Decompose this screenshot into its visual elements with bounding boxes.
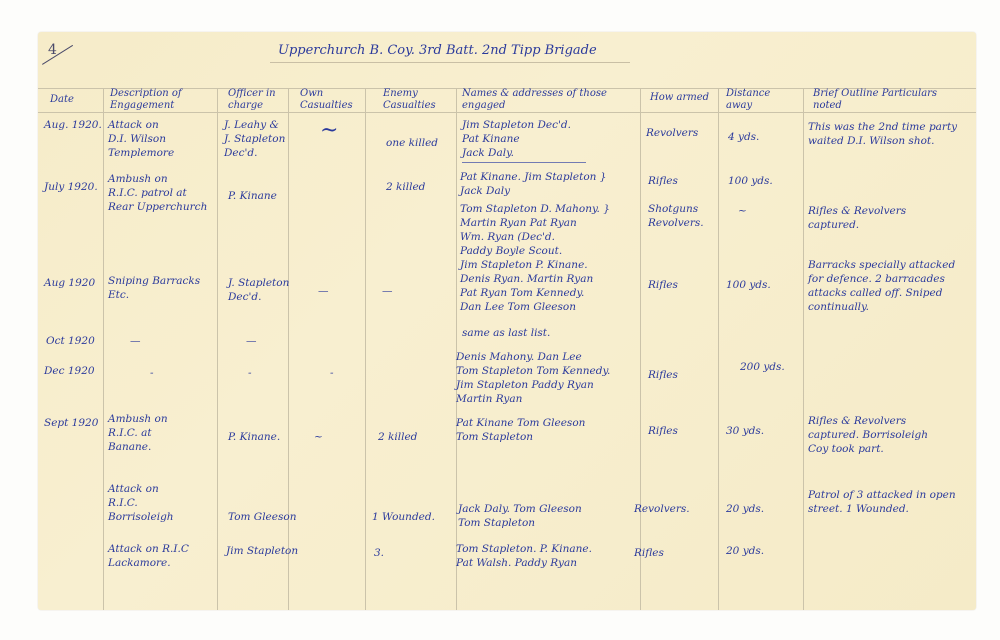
- row-7-armed: Revolvers.: [634, 502, 690, 516]
- row-0-armed: Revolvers: [646, 126, 698, 140]
- row-5-own-casualties: -: [330, 366, 334, 380]
- row-5-distance: 200 yds.: [740, 360, 785, 374]
- row-6-date: Sept 1920: [44, 416, 98, 430]
- row-0-own-casualties: ~: [320, 124, 338, 138]
- row-5-description: -: [150, 366, 154, 380]
- row-8-description: Attack on R.I.C Lackamore.: [108, 542, 189, 570]
- header-officer: Officer in charge: [228, 88, 286, 112]
- row-0-officer: J. Leahy & J. Stapleton Dec'd.: [224, 118, 285, 160]
- row-5-officer: -: [248, 366, 252, 380]
- row-1-description: Ambush on R.I.C. patrol at Rear Upperchu…: [108, 172, 207, 214]
- row-3-armed: Rifles: [648, 278, 678, 292]
- row-5-armed: Rifles: [648, 368, 678, 382]
- row-6-armed: Rifles: [648, 424, 678, 438]
- row-8-distance: 20 yds.: [726, 544, 764, 558]
- row-0-names: Jim Stapleton Dec'd. Pat Kinane Jack Dal…: [462, 118, 571, 160]
- row-7-officer: Tom Gleeson: [228, 510, 296, 524]
- names-divider: [462, 162, 586, 163]
- row-6-names: Pat Kinane Tom Gleeson Tom Stapleton: [456, 416, 585, 444]
- row-4-names: same as last list.: [462, 326, 550, 340]
- header-distance: Distance away: [726, 88, 796, 112]
- row-1-enemy-casualties: 2 killed: [386, 180, 425, 194]
- row-2-names: Tom Stapleton D. Mahony. } Martin Ryan P…: [460, 202, 610, 258]
- row-3-officer: J. Stapleton Dec'd.: [228, 276, 289, 304]
- column-divider: [103, 88, 104, 610]
- row-0-distance: 4 yds.: [728, 130, 759, 144]
- ledger-page: 4 Upperchurch B. Coy. 3rd Batt. 2nd Tipp…: [38, 32, 976, 610]
- column-divider: [640, 88, 641, 610]
- page-title: Upperchurch B. Coy. 3rd Batt. 2nd Tipp B…: [278, 43, 597, 58]
- header-bottom-rule: [38, 112, 976, 113]
- column-divider: [718, 88, 719, 610]
- row-3-outline: Barracks specially attacked for defence.…: [808, 258, 963, 314]
- row-8-armed: Rifles: [634, 546, 664, 560]
- row-1-names: Pat Kinane. Jim Stapleton } Jack Daly: [460, 170, 606, 198]
- row-0-outline: This was the 2nd time party waited D.I. …: [808, 120, 963, 148]
- row-4-officer: —: [246, 334, 257, 348]
- header-armed: How armed: [650, 92, 710, 104]
- row-8-enemy-casualties: 3.: [374, 546, 384, 560]
- row-3-names: Jim Stapleton P. Kinane. Denis Ryan. Mar…: [460, 258, 593, 314]
- header-own-casualties: Own Casualties: [300, 88, 362, 112]
- row-6-enemy-casualties: 2 killed: [378, 430, 417, 444]
- column-divider: [365, 88, 366, 610]
- row-5-names: Denis Mahony. Dan Lee Tom Stapleton Tom …: [456, 350, 610, 406]
- row-7-enemy-casualties: 1 Wounded.: [372, 510, 435, 524]
- column-divider: [456, 88, 457, 610]
- row-2-distance: ~: [738, 204, 747, 218]
- row-3-date: Aug 1920: [44, 276, 95, 290]
- column-divider: [288, 88, 289, 610]
- row-6-description: Ambush on R.I.C. at Banane.: [108, 412, 168, 454]
- row-7-outline: Patrol of 3 attacked in open street. 1 W…: [808, 488, 958, 516]
- header-outline: Brief Outline Particulars noted: [813, 88, 963, 112]
- row-5-date: Dec 1920: [44, 364, 95, 378]
- title-underline: [270, 62, 630, 63]
- row-0-enemy-casualties: one killed: [386, 136, 438, 150]
- header-names: Names & addresses of those engaged: [462, 88, 632, 112]
- row-2-armed: Shotguns Revolvers.: [648, 202, 704, 230]
- row-6-officer: P. Kinane.: [228, 430, 280, 444]
- row-2-outline: Rifles & Revolvers captured.: [808, 204, 928, 232]
- row-4-date: Oct 1920: [46, 334, 95, 348]
- row-7-description: Attack on R.I.C. Borrisoleigh: [108, 482, 174, 524]
- row-7-names: Jack Daly. Tom Gleeson Tom Stapleton: [458, 502, 582, 530]
- header-description: Description of Engagement: [110, 88, 210, 112]
- header-enemy-casualties: Enemy Casualties: [383, 88, 453, 112]
- row-6-outline: Rifles & Revolvers captured. Borrisoleig…: [808, 414, 938, 456]
- column-divider: [217, 88, 218, 610]
- row-1-officer: P. Kinane: [228, 189, 277, 203]
- row-3-enemy-casualties: —: [382, 284, 393, 298]
- row-0-date: Aug. 1920.: [44, 118, 102, 132]
- row-7-distance: 20 yds.: [726, 502, 764, 516]
- column-divider: [803, 88, 804, 610]
- row-8-names: Tom Stapleton. P. Kinane. Pat Walsh. Pad…: [456, 542, 592, 570]
- row-8-officer: Jim Stapleton: [226, 544, 298, 558]
- row-3-distance: 100 yds.: [726, 278, 771, 292]
- row-1-distance: 100 yds.: [728, 174, 773, 188]
- row-3-description: Sniping Barracks Etc.: [108, 274, 208, 302]
- header-date: Date: [50, 94, 74, 106]
- row-0-description: Attack on D.I. Wilson Templemore: [108, 118, 174, 160]
- row-4-description: —: [130, 334, 141, 348]
- row-6-distance: 30 yds.: [726, 424, 764, 438]
- row-3-own-casualties: —: [318, 284, 329, 298]
- page-number-slash: [42, 45, 73, 65]
- row-1-date: July 1920.: [44, 180, 98, 194]
- row-6-own-casualties: ~: [314, 430, 323, 444]
- row-1-armed: Rifles: [648, 174, 678, 188]
